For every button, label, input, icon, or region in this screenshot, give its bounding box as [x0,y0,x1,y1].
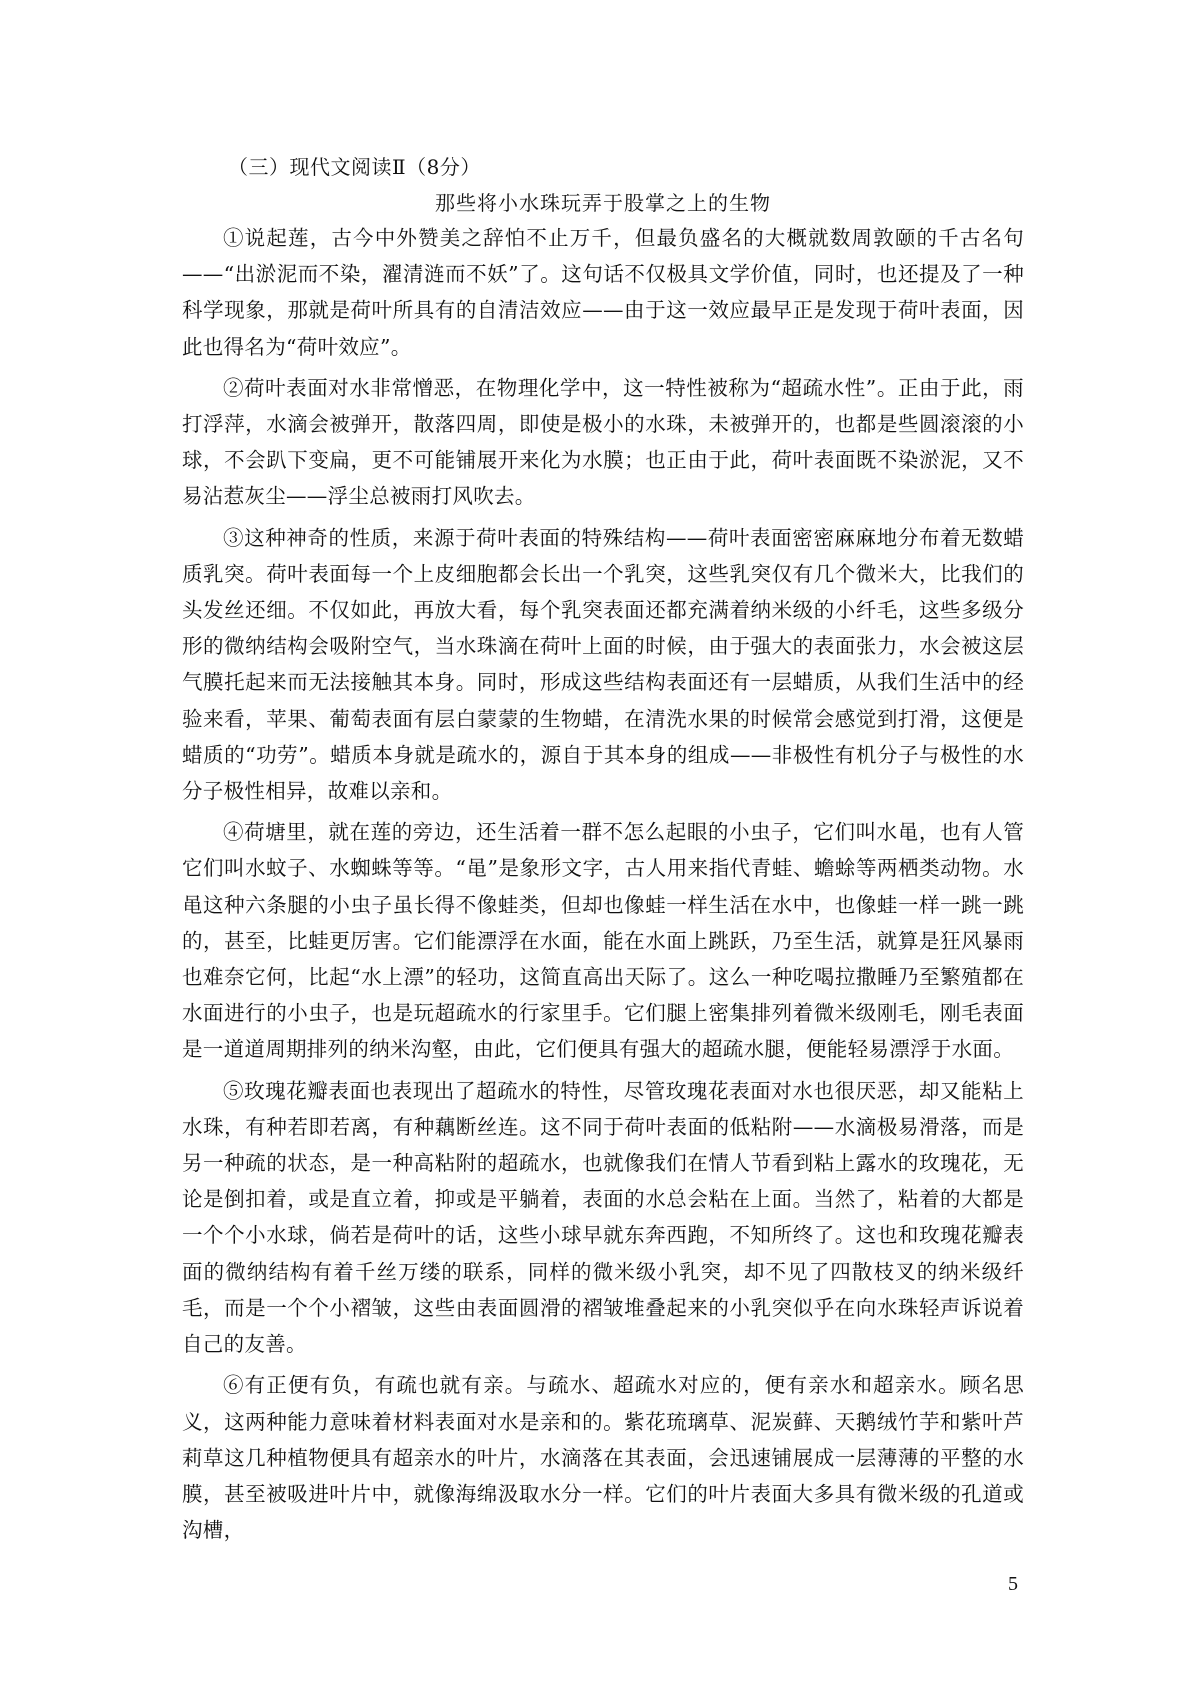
paragraph-2: ②荷叶表面对水非常憎恶，在物理化学中，这一特性被称为“超疏水性”。正由于此，雨打… [182,370,1024,515]
article-title: 那些将小水珠玩弄于股掌之上的生物 [182,188,1024,218]
paragraph-3: ③这种神奇的性质，来源于荷叶表面的特殊结构——荷叶表面密密麻麻地分布着无数蜡质乳… [182,520,1024,810]
paragraph-4: ④荷塘里，就在莲的旁边，还生活着一群不怎么起眼的小虫子，它们叫水黾，也有人管它们… [182,814,1024,1067]
paragraph-5: ⑤玫瑰花瓣表面也表现出了超疏水的特性，尽管玫瑰花表面对水也很厌恶，却又能粘上水珠… [182,1073,1024,1363]
paragraph-1: ①说起莲，古今中外赞美之辞怕不止万千，但最负盛名的大概就数周敦颐的千古名句——“… [182,220,1024,365]
section-heading: （三）现代文阅读Ⅱ（8分） [228,152,1024,182]
paragraph-6: ⑥有正便有负，有疏也就有亲。与疏水、超疏水对应的，便有亲水和超亲水。顾名思义，这… [182,1367,1024,1548]
page-number: 5 [1008,1573,1018,1596]
document-page: （三）现代文阅读Ⅱ（8分） 那些将小水珠玩弄于股掌之上的生物 ①说起莲，古今中外… [182,152,1024,1553]
